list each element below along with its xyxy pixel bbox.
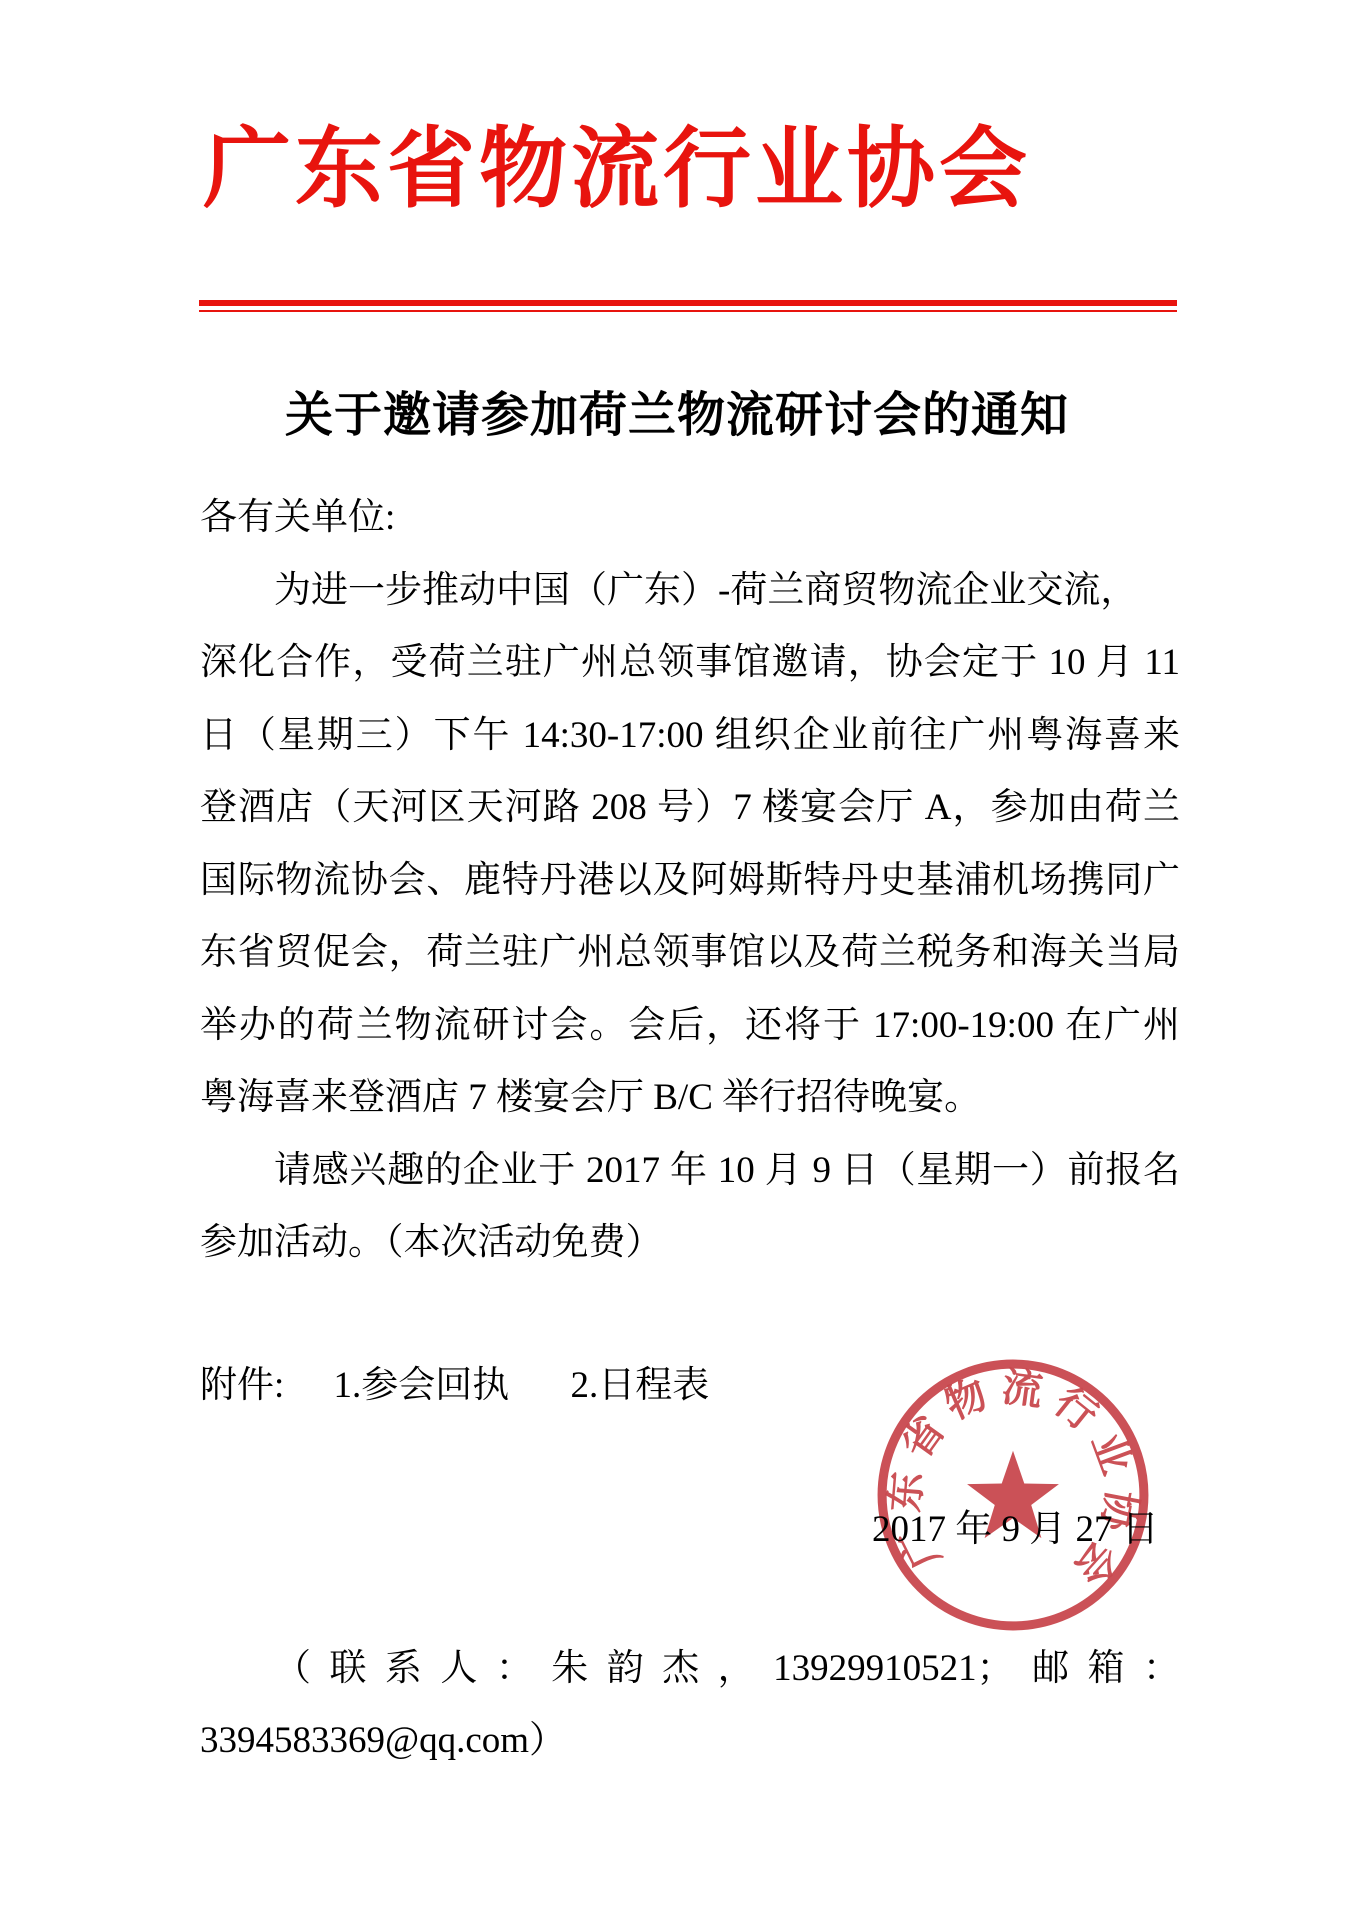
document-page: 广东省物流行业协会 关于邀请参加荷兰物流研讨会的通知 各有关单位: 为进一步推动…: [0, 0, 1355, 1926]
contact-email-line: 3394583369@qq.com）: [200, 1705, 1180, 1778]
body-line: 登酒店（天河区天河路 208 号）7 楼宴会厅 A，参加由荷兰: [200, 772, 1180, 845]
attachments-label: 附件:: [200, 1365, 284, 1406]
body-line: 请感兴趣的企业于 2017 年 10 月 9 日（星期一）前报名: [200, 1135, 1180, 1208]
attachment-item: 1.参会回执: [334, 1365, 510, 1406]
official-seal: 广东省物流行业协会: [870, 1352, 1156, 1638]
body-line: 东省贸促会，荷兰驻广州总领事馆以及荷兰税务和海关当局: [200, 917, 1180, 990]
body-line: 日（星期三）下午 14:30-17:00 组织企业前往广州粤海喜来: [200, 700, 1180, 773]
body-line: 国际物流协会、鹿特丹港以及阿姆斯特丹史基浦机场携同广: [200, 845, 1180, 918]
notice-title: 关于邀请参加荷兰物流研讨会的通知: [200, 386, 1180, 446]
attachment-item: 2.日程表: [571, 1365, 710, 1406]
body-line: 为进一步推动中国（广东）-荷兰商贸物流企业交流，: [200, 555, 1180, 628]
seal-star-icon: [967, 1451, 1059, 1538]
body-line: 参加活动。（本次活动免费）: [200, 1207, 1180, 1280]
letterhead-rule-thin: [199, 310, 1177, 312]
body-line: 深化合作，受荷兰驻广州总领事馆邀请，协会定于 10 月 11: [200, 627, 1180, 700]
salutation: 各有关单位:: [200, 482, 1180, 555]
body-line: 粤海喜来登酒店 7 楼宴会厅 B/C 举行招待晚宴。: [200, 1062, 1180, 1135]
contact-line: （联系人：朱韵杰，13929910521；邮箱：: [200, 1633, 1180, 1706]
body-line: 举办的荷兰物流研讨会。会后，还将于 17:00-19:00 在广州: [200, 990, 1180, 1063]
letterhead-rule-thick: [199, 300, 1177, 306]
letterhead-org-name: 广东省物流行业协会: [203, 118, 1031, 223]
